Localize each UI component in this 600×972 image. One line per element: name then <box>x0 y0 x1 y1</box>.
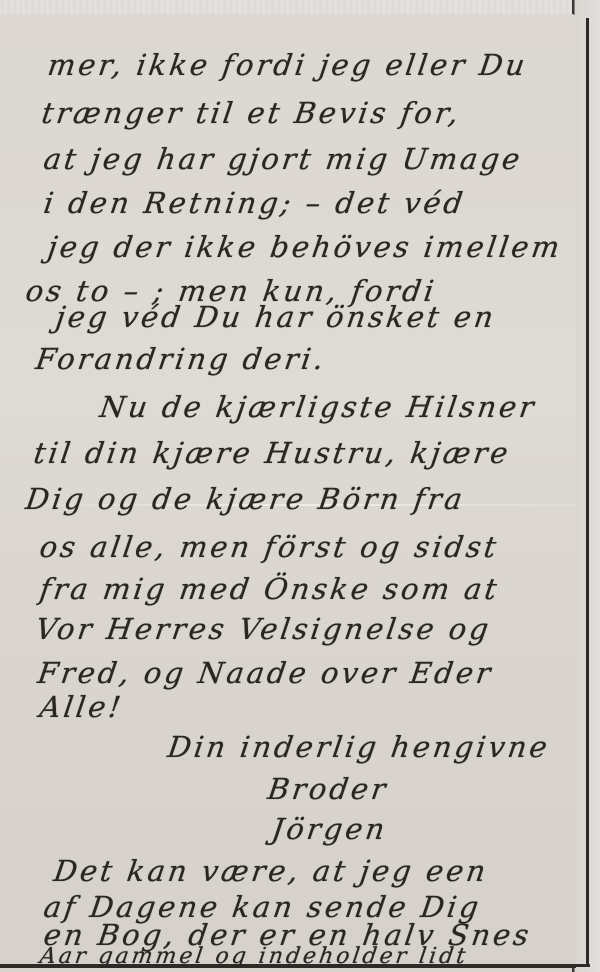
page-right-edge <box>586 18 589 967</box>
letter-line: os alle, men först og sidst <box>38 530 502 564</box>
letter-line: Alle! <box>38 690 126 724</box>
letter-line: Dig og de kjære Börn fra <box>24 482 468 516</box>
letter-line: i den Retning; – det véd <box>42 186 468 220</box>
postscript-line: Det kan være, at jeg een <box>52 854 491 888</box>
letter-line: Nu de kjærligste Hilsner <box>98 390 539 424</box>
letter-line: jeg véd Du har önsket en <box>54 300 499 334</box>
letter-line: Vor Herres Velsignelse og <box>34 612 494 646</box>
postscript-line: Aar gammel og indeholder lidt <box>38 944 470 969</box>
letter-line: Fred, og Naade over Eder <box>36 656 496 690</box>
signature: Jörgen <box>270 812 390 846</box>
letter-line: at jeg har gjort mig Umage <box>42 142 525 176</box>
letter-line: jeg der ikke behöves imellem <box>46 230 565 264</box>
letter-line: til din kjære Hustru, kjære <box>32 436 513 470</box>
letter-line: Forandring deri. <box>34 342 329 376</box>
letter-line: fra mig med Önske som at <box>38 572 502 606</box>
closing-relation: Broder <box>266 772 391 806</box>
letter-line: trænger til et Bevis for, <box>40 96 464 130</box>
closing-salutation: Din inderlig hengivne <box>166 730 553 764</box>
letter-line: mer, ikke fordi jeg eller Du <box>46 48 530 82</box>
